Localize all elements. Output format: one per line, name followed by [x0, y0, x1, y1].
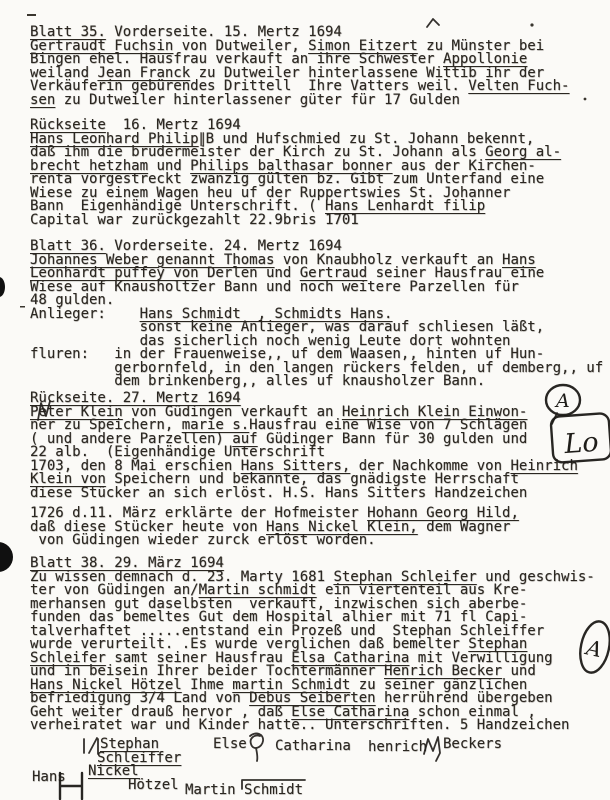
- signature-stephan: Stephan: [100, 737, 159, 751]
- entry-rueckseite-16-mertz: Rückseite 16. Mertz 1694Hans Leonhard Ph…: [30, 119, 561, 227]
- entry-nachtrag-1726: 1726 d.11. März erklärte der Hofmeister …: [30, 507, 519, 548]
- text-line: Wiese auf Knausholtzer Bann und noch wei…: [30, 281, 603, 295]
- text-line: sen zu Dutweiler hinterlassener güter fü…: [30, 94, 569, 108]
- entry-blatt-38: Blatt 38. 29. März 1694Zu wissen demnach…: [30, 557, 595, 733]
- entry-blatt-36-vorderseite: Blatt 36. Vorderseite. 24. Mertz 1694Joh…: [30, 240, 603, 389]
- dot-speck: [584, 98, 587, 101]
- signature-beckers: Beckers: [443, 737, 502, 751]
- text-line: Capital war zurückgezahlt 22.9bris 1701: [30, 214, 561, 228]
- scan-blob-small: [0, 277, 5, 297]
- handzeichen-else-catharina: [250, 734, 263, 761]
- signature-else: Else: [213, 737, 247, 751]
- signature-martin-schmidt: Martin Schmidt: [185, 783, 303, 797]
- signature-henrich: henrich: [368, 740, 427, 754]
- text-line: von Güdingen wieder zurck erlöst worden.: [30, 534, 519, 548]
- scan-blob-large: [0, 542, 13, 572]
- signature-catharina: Catharina: [275, 739, 351, 753]
- entry-blatt-35-vorderseite: Blatt 35. Vorderseite. 15. Mertz 1694Ger…: [30, 26, 569, 107]
- scanned-document-page: Blatt 35. Vorderseite. 15. Mertz 1694Ger…: [0, 0, 610, 800]
- dash-mark: [27, 14, 36, 16]
- text-line: diese Stücker an sich erlöst. H.S. Hans …: [30, 487, 578, 501]
- entry-rueckseite-27-mertz: Rückseite. 27. Mertz 1694Peter Klein von…: [30, 392, 578, 500]
- signature-nickel: Nickel: [88, 764, 139, 778]
- signature-hans: Hans: [32, 770, 66, 784]
- handzeichen-stephan: [84, 738, 98, 754]
- signature-hoetzel: Hötzel: [128, 778, 179, 792]
- text-line: verheiratet war und Kinder hatte.. Unter…: [30, 719, 595, 733]
- dash-speck: [20, 306, 25, 308]
- text-line: dem brinkenberg,, alles uf knausholzer B…: [30, 375, 603, 389]
